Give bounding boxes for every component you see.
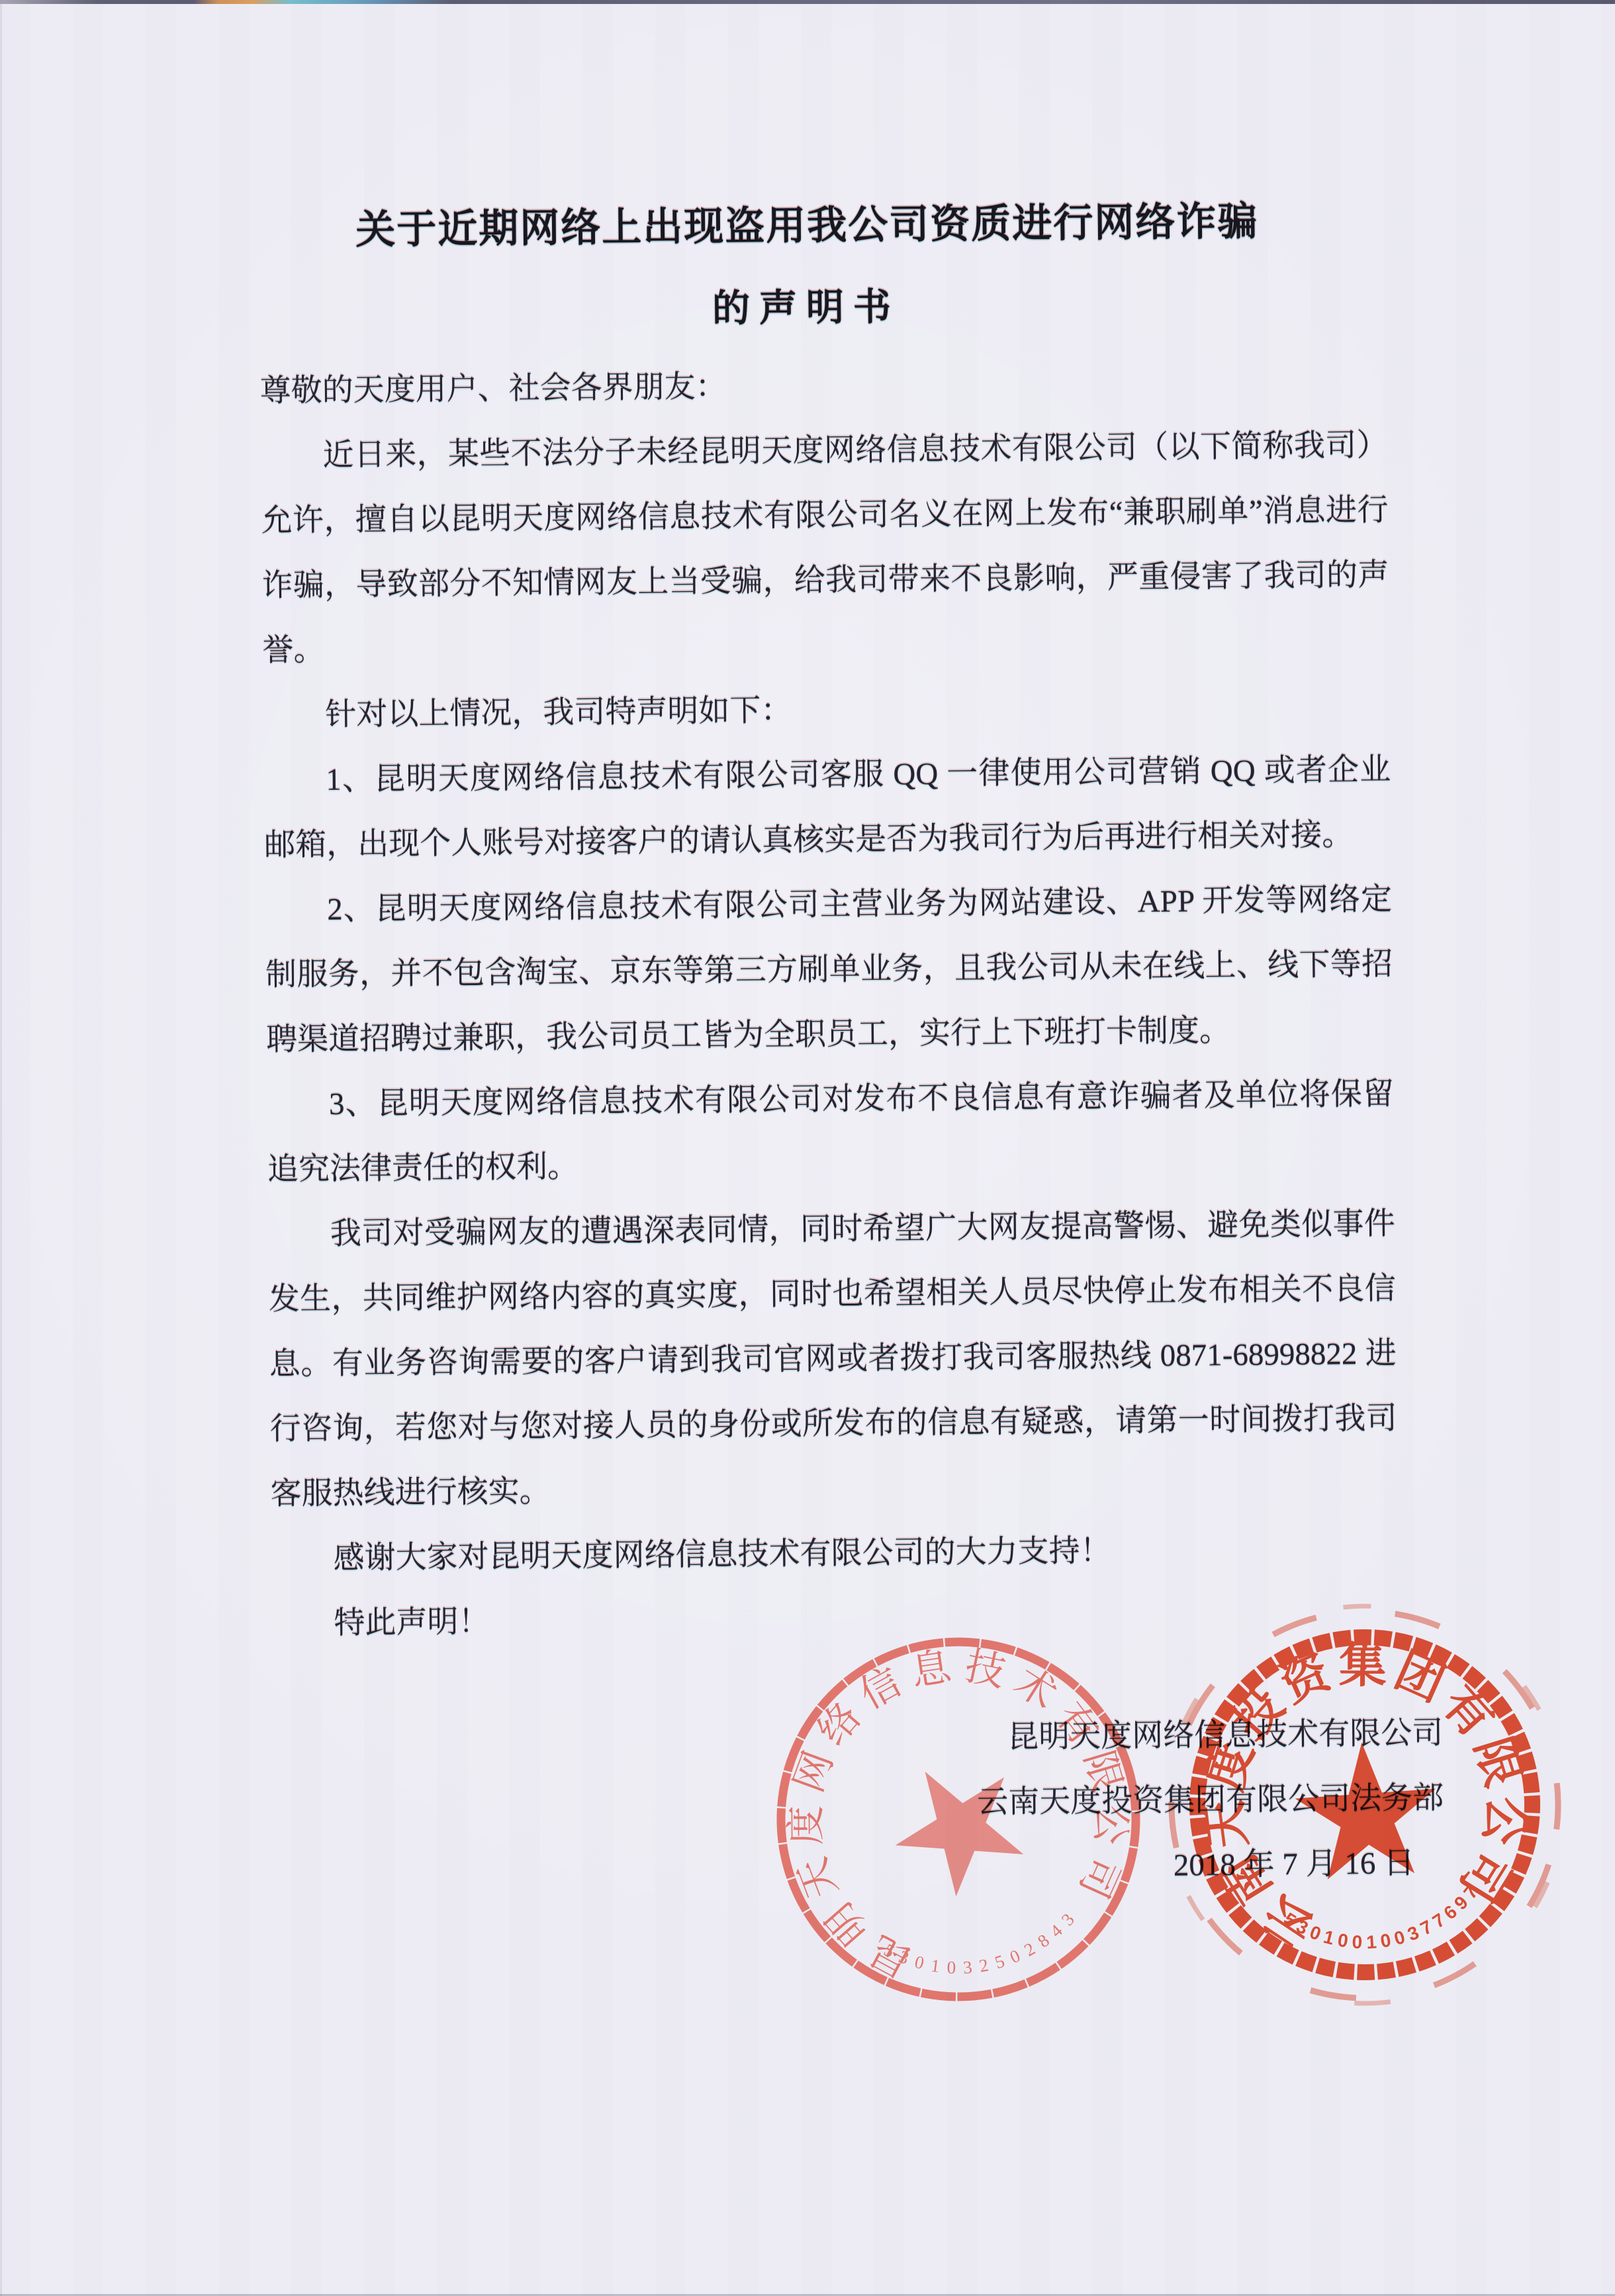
seal-right-star-icon	[1291, 1738, 1442, 1882]
seal-left-star-icon	[870, 1738, 1044, 1909]
paragraph-declare-lead: 针对以上情况，我司特声明如下：	[263, 673, 1391, 748]
scanned-statement-page: 关于近期网络上出现盗用我公司资质进行网络诈骗 的声明书 尊敬的天度用户、社会各界…	[0, 0, 1615, 2296]
document-title-line2: 的声明书	[226, 283, 1386, 333]
paragraph-intro: 近日来，某些不法分子未经昆明天度网络信息技术有限公司（以下简称我司）允许，擅自以…	[260, 413, 1390, 683]
company-seal-left: 昆明天度网络信息技术有限公司 5301032502843	[753, 1614, 1164, 2025]
paragraph-item-3: 3、昆明天度网络信息技术有限公司对发布不良信息有意诈骗者及单位将保留追究法律责任…	[267, 1062, 1395, 1202]
salutation: 尊敬的天度用户、社会各界朋友：	[259, 348, 1387, 424]
document-title-line1: 关于近期网络上出现盗用我公司资质进行网络诈骗	[228, 200, 1386, 252]
paragraph-item-1: 1、昆明天度网络信息技术有限公司客服 QQ 一律使用公司营销 QQ 或者企业邮箱…	[263, 738, 1392, 878]
paragraph-item-2: 2、昆明天度网络信息技术有限公司主营业务为网站建设、APP 开发等网络定制服务，…	[265, 867, 1394, 1073]
paragraph-sympathy-hotline: 我司对受骗网友的遭遇深表同情，同时希望广大网友提高警惕、避免类似事件发生，共同维…	[267, 1192, 1398, 1527]
company-seal-right: 云南天度投资集团有限公司 530100100377697	[1153, 1593, 1577, 2017]
closing-thanks: 感谢大家对昆明天度网络信息技术有限公司的大力支持！	[271, 1516, 1399, 1592]
